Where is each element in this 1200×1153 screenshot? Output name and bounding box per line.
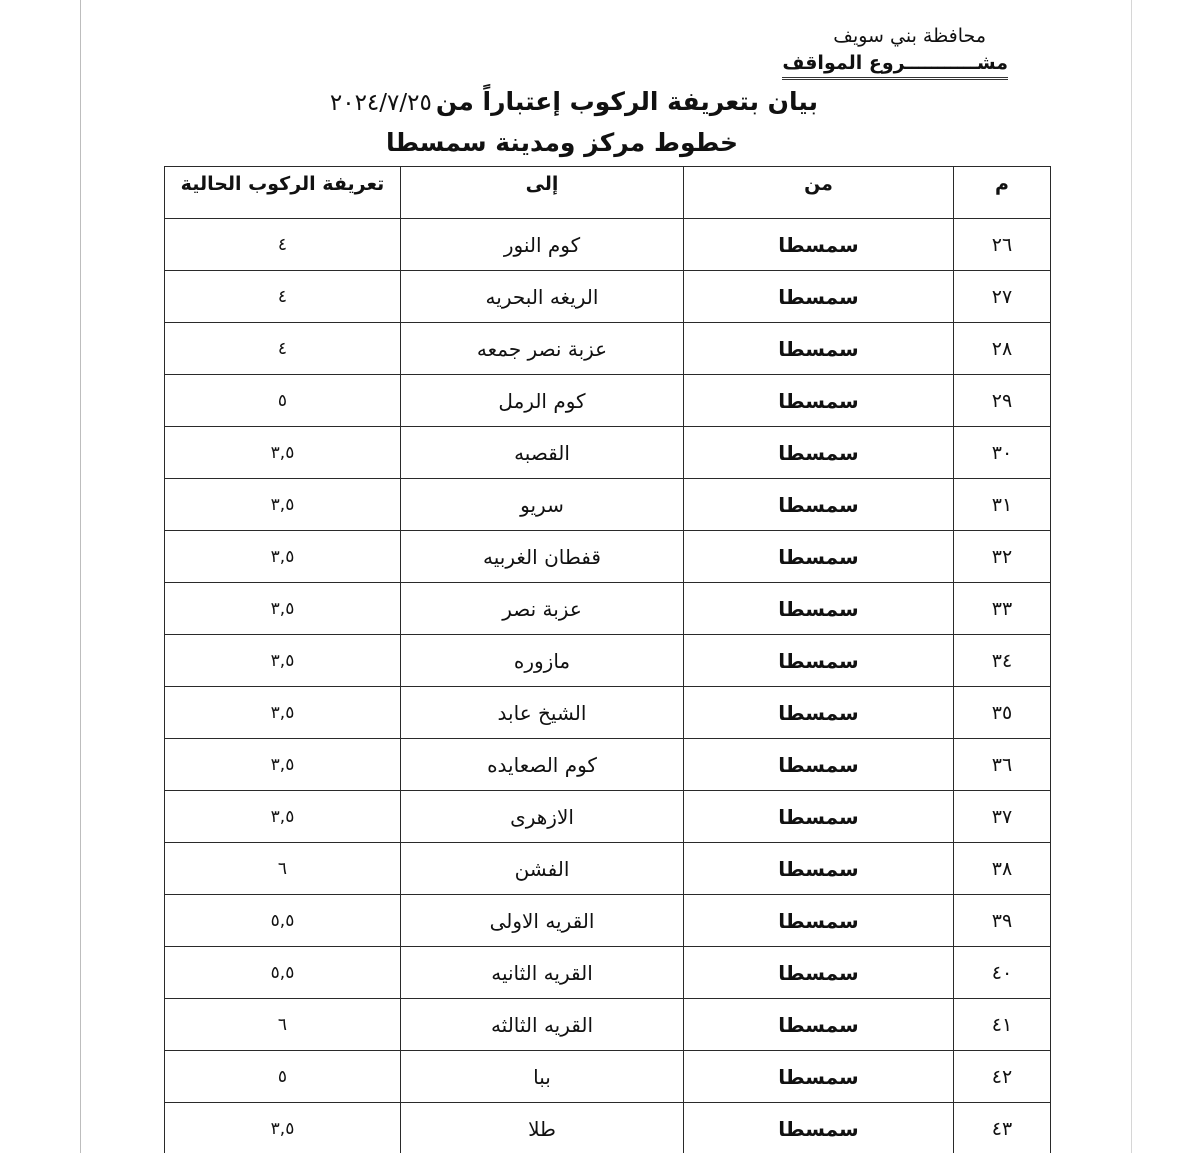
- column-header-fare: تعريفة الركوب الحالية: [165, 167, 401, 219]
- fare-value: ٥,٥: [165, 947, 401, 999]
- effective-date: ٢٠٢٤/٧/٢٥: [330, 90, 432, 116]
- table-row: ٣٨سمسطاالفشن٦: [165, 843, 1051, 895]
- table-row: ٣٥سمسطاالشيخ عابد٣,٥: [165, 687, 1051, 739]
- route-to: ببا: [401, 1051, 684, 1103]
- table-row: ٣٤سمسطامازوره٣,٥: [165, 635, 1051, 687]
- table-row: ٤١سمسطاالقريه الثالثه٦: [165, 999, 1051, 1051]
- row-number: ٣٢: [954, 531, 1051, 583]
- table-row: ٣١سمسطاسريو٣,٥: [165, 479, 1051, 531]
- route-from: سمسطا: [684, 479, 954, 531]
- column-header-number: م: [954, 167, 1051, 219]
- route-to: الازهرى: [401, 791, 684, 843]
- project-name: مشـــــــــــروع المواقف: [782, 50, 1008, 80]
- table-row: ٣٠سمسطاالقصبه٣,٥: [165, 427, 1051, 479]
- row-number: ٢٧: [954, 271, 1051, 323]
- fare-value: ٣,٥: [165, 427, 401, 479]
- route-to: كوم الصعايده: [401, 739, 684, 791]
- route-from: سمسطا: [684, 791, 954, 843]
- fare-value: ٣,٥: [165, 739, 401, 791]
- route-from: سمسطا: [684, 375, 954, 427]
- route-from: سمسطا: [684, 583, 954, 635]
- route-from: سمسطا: [684, 895, 954, 947]
- document-title: بيان بتعريفة الركوب إعتباراً من٢٠٢٤/٧/٢٥: [330, 87, 818, 116]
- route-from: سمسطا: [684, 635, 954, 687]
- route-to: القصبه: [401, 427, 684, 479]
- scan-edge-left: [80, 0, 81, 1153]
- table-row: ٣٧سمسطاالازهرى٣,٥: [165, 791, 1051, 843]
- route-from: سمسطا: [684, 1103, 954, 1153]
- row-number: ٤٠: [954, 947, 1051, 999]
- row-number: ٣٨: [954, 843, 1051, 895]
- fare-value: ٥: [165, 1051, 401, 1103]
- row-number: ٢٩: [954, 375, 1051, 427]
- route-to: قفطان الغربيه: [401, 531, 684, 583]
- row-number: ٣١: [954, 479, 1051, 531]
- table-row: ٣٦سمسطاكوم الصعايده٣,٥: [165, 739, 1051, 791]
- table-header-row: م من إلى تعريفة الركوب الحالية: [165, 167, 1051, 219]
- fare-value: ٤: [165, 323, 401, 375]
- table-row: ٢٦سمسطاكوم النور٤: [165, 219, 1051, 271]
- fare-value: ٣,٥: [165, 1103, 401, 1153]
- route-from: سمسطا: [684, 687, 954, 739]
- fare-value: ٤: [165, 219, 401, 271]
- route-from: سمسطا: [684, 219, 954, 271]
- fare-value: ٥: [165, 375, 401, 427]
- row-number: ٢٦: [954, 219, 1051, 271]
- row-number: ٤٢: [954, 1051, 1051, 1103]
- row-number: ٣٩: [954, 895, 1051, 947]
- row-number: ٣٠: [954, 427, 1051, 479]
- table-row: ٣٢سمسطاقفطان الغربيه٣,٥: [165, 531, 1051, 583]
- fare-value: ٣,٥: [165, 531, 401, 583]
- route-from: سمسطا: [684, 271, 954, 323]
- scan-edge-right: [1131, 0, 1132, 1153]
- route-from: سمسطا: [684, 947, 954, 999]
- route-to: عزبة نصر جمعه: [401, 323, 684, 375]
- route-from: سمسطا: [684, 323, 954, 375]
- letterhead: محافظة بني سويف مشـــــــــــروع المواقف: [782, 22, 1008, 80]
- governorate-name: محافظة بني سويف: [782, 22, 986, 50]
- table-row: ٤٣سمسطاطلا٣,٥: [165, 1103, 1051, 1153]
- row-number: ٣٦: [954, 739, 1051, 791]
- route-from: سمسطا: [684, 739, 954, 791]
- column-header-from: من: [684, 167, 954, 219]
- fare-table: م من إلى تعريفة الركوب الحالية ٢٦سمسطاكو…: [164, 166, 1051, 1153]
- route-to: الفشن: [401, 843, 684, 895]
- row-number: ٣٣: [954, 583, 1051, 635]
- route-to: الريغه البحريه: [401, 271, 684, 323]
- route-to: طلا: [401, 1103, 684, 1153]
- fare-value: ٤: [165, 271, 401, 323]
- row-number: ٢٨: [954, 323, 1051, 375]
- document-subtitle: خطوط مركز ومدينة سمسطا: [386, 128, 738, 157]
- fare-value: ٣,٥: [165, 687, 401, 739]
- route-from: سمسطا: [684, 531, 954, 583]
- route-to: كوم الرمل: [401, 375, 684, 427]
- fare-value: ٦: [165, 999, 401, 1051]
- table-row: ٣٩سمسطاالقريه الاولى٥,٥: [165, 895, 1051, 947]
- route-to: عزبة نصر: [401, 583, 684, 635]
- route-from: سمسطا: [684, 1051, 954, 1103]
- fare-value: ٣,٥: [165, 791, 401, 843]
- table-row: ٢٩سمسطاكوم الرمل٥: [165, 375, 1051, 427]
- route-to: القريه الثانيه: [401, 947, 684, 999]
- table-row: ٤٢سمسطاببا٥: [165, 1051, 1051, 1103]
- fare-value: ٣,٥: [165, 479, 401, 531]
- route-from: سمسطا: [684, 843, 954, 895]
- route-from: سمسطا: [684, 427, 954, 479]
- fare-table-body: ٢٦سمسطاكوم النور٤ ٢٧سمسطاالريغه البحريه٤…: [165, 219, 1051, 1153]
- route-to: كوم النور: [401, 219, 684, 271]
- table-row: ٢٨سمسطاعزبة نصر جمعه٤: [165, 323, 1051, 375]
- fare-value: ٣,٥: [165, 583, 401, 635]
- table-row: ٢٧سمسطاالريغه البحريه٤: [165, 271, 1051, 323]
- row-number: ٣٤: [954, 635, 1051, 687]
- row-number: ٣٧: [954, 791, 1051, 843]
- row-number: ٤٣: [954, 1103, 1051, 1153]
- table-row: ٤٠سمسطاالقريه الثانيه٥,٥: [165, 947, 1051, 999]
- title-text: بيان بتعريفة الركوب إعتباراً من: [436, 87, 818, 116]
- fare-value: ٣,٥: [165, 635, 401, 687]
- route-to: سريو: [401, 479, 684, 531]
- route-to: القريه الثالثه: [401, 999, 684, 1051]
- row-number: ٣٥: [954, 687, 1051, 739]
- route-to: الشيخ عابد: [401, 687, 684, 739]
- route-to: القريه الاولى: [401, 895, 684, 947]
- row-number: ٤١: [954, 999, 1051, 1051]
- route-to: مازوره: [401, 635, 684, 687]
- fare-value: ٦: [165, 843, 401, 895]
- table-row: ٣٣سمسطاعزبة نصر٣,٥: [165, 583, 1051, 635]
- fare-value: ٥,٥: [165, 895, 401, 947]
- route-from: سمسطا: [684, 999, 954, 1051]
- column-header-to: إلى: [401, 167, 684, 219]
